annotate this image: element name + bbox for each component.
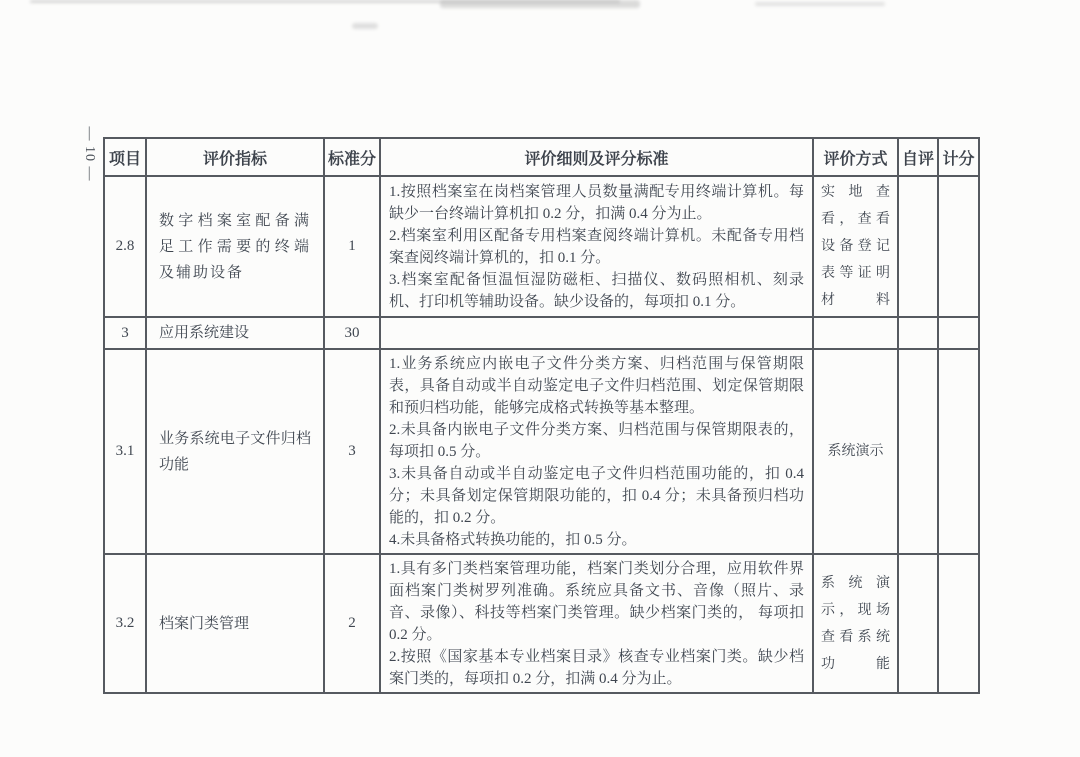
criteria-item: 4.未具备格式转换功能的，扣 0.5 分。 xyxy=(389,529,804,551)
self-eval-cell xyxy=(898,176,938,317)
criteria-cell: 1.业务系统应内嵌电子文件分类方案、归档范围与保管期限表，具备自动或半自动鉴定电… xyxy=(380,349,813,554)
item-cell: 2.8 xyxy=(104,176,146,317)
page-number: — 10 — xyxy=(77,118,97,190)
item-cell: 3.1 xyxy=(104,349,146,554)
score-cell xyxy=(938,349,979,554)
scan-artifact xyxy=(352,23,378,29)
header-self-eval: 自评 xyxy=(898,138,938,176)
criteria-cell xyxy=(380,317,813,349)
header-item: 项目 xyxy=(104,138,146,176)
criteria-item: 1.业务系统应内嵌电子文件分类方案、归档范围与保管期限表，具备自动或半自动鉴定电… xyxy=(389,353,804,419)
header-row: 项目 评价指标 标准分 评价细则及评分标准 评价方式 自评 计分 xyxy=(104,138,979,176)
standard-score-cell: 3 xyxy=(324,349,380,554)
table-row: 2.8 数字档案室配备满足工作需要的终端及辅助设备 1 1.按照档案室在岗档案管… xyxy=(104,176,979,317)
criteria-cell: 1.按照档案室在岗档案管理人员数量满配专用终端计算机。每缺少一台终端计算机扣 0… xyxy=(380,176,813,317)
standard-score-cell: 30 xyxy=(324,317,380,349)
criteria-item: 3.档案室配备恒温恒湿防磁柜、扫描仪、数码照相机、刻录机、打印机等辅助设备。缺少… xyxy=(389,269,804,313)
evaluation-table-container: 项目 评价指标 标准分 评价细则及评分标准 评价方式 自评 计分 2.8 数字档… xyxy=(103,137,980,694)
score-cell xyxy=(938,554,979,693)
score-cell xyxy=(938,176,979,317)
score-cell xyxy=(938,317,979,349)
item-cell: 3.2 xyxy=(104,554,146,693)
indicator-cell: 档案门类管理 xyxy=(146,554,324,693)
standard-score-cell: 1 xyxy=(324,176,380,317)
standard-score-cell: 2 xyxy=(324,554,380,693)
header-score: 计分 xyxy=(938,138,979,176)
scan-artifact xyxy=(755,2,885,6)
self-eval-cell xyxy=(898,554,938,693)
indicator-cell: 业务系统电子文件归档功能 xyxy=(146,349,324,554)
header-method: 评价方式 xyxy=(813,138,898,176)
indicator-cell: 数字档案室配备满足工作需要的终端及辅助设备 xyxy=(146,176,324,317)
criteria-item: 1.按照档案室在岗档案管理人员数量满配专用终端计算机。每缺少一台终端计算机扣 0… xyxy=(389,181,804,225)
criteria-item: 1.具有多门类档案管理功能，档案门类划分合理，应用软件界面档案门类树罗列准确。系… xyxy=(389,558,804,646)
method-cell: 系统演示 xyxy=(813,349,898,554)
criteria-item: 2.未具备内嵌电子文件分类方案、归档范围与保管期限表的，每项扣 0.5 分。 xyxy=(389,419,804,463)
header-indicator: 评价指标 xyxy=(146,138,324,176)
self-eval-cell xyxy=(898,317,938,349)
self-eval-cell xyxy=(898,349,938,554)
table-row: 3.1 业务系统电子文件归档功能 3 1.业务系统应内嵌电子文件分类方案、归档范… xyxy=(104,349,979,554)
evaluation-table: 项目 评价指标 标准分 评价细则及评分标准 评价方式 自评 计分 2.8 数字档… xyxy=(103,137,980,694)
criteria-cell: 1.具有多门类档案管理功能，档案门类划分合理，应用软件界面档案门类树罗列准确。系… xyxy=(380,554,813,693)
criteria-item: 2.档案室利用区配备专用档案查阅终端计算机。未配备专用档案查阅终端计算机的，扣 … xyxy=(389,225,804,269)
method-cell: 实地查看，查看设备登记表等证明材料 xyxy=(813,176,898,317)
header-criteria: 评价细则及评分标准 xyxy=(380,138,813,176)
table-row: 3 应用系统建设 30 xyxy=(104,317,979,349)
table-row: 3.2 档案门类管理 2 1.具有多门类档案管理功能，档案门类划分合理，应用软件… xyxy=(104,554,979,693)
scan-artifact xyxy=(440,0,640,8)
criteria-item: 3.未具备自动或半自动鉴定电子文件归档范围功能的，扣 0.4 分；未具备划定保管… xyxy=(389,463,804,529)
indicator-cell: 应用系统建设 xyxy=(146,317,324,349)
header-standard-score: 标准分 xyxy=(324,138,380,176)
method-cell xyxy=(813,317,898,349)
item-cell: 3 xyxy=(104,317,146,349)
criteria-item: 2.按照《国家基本专业档案目录》核查专业档案门类。缺少档案门类的，每项扣 0.2… xyxy=(389,646,804,690)
method-cell: 系统演示，现场查看系统功能 xyxy=(813,554,898,693)
